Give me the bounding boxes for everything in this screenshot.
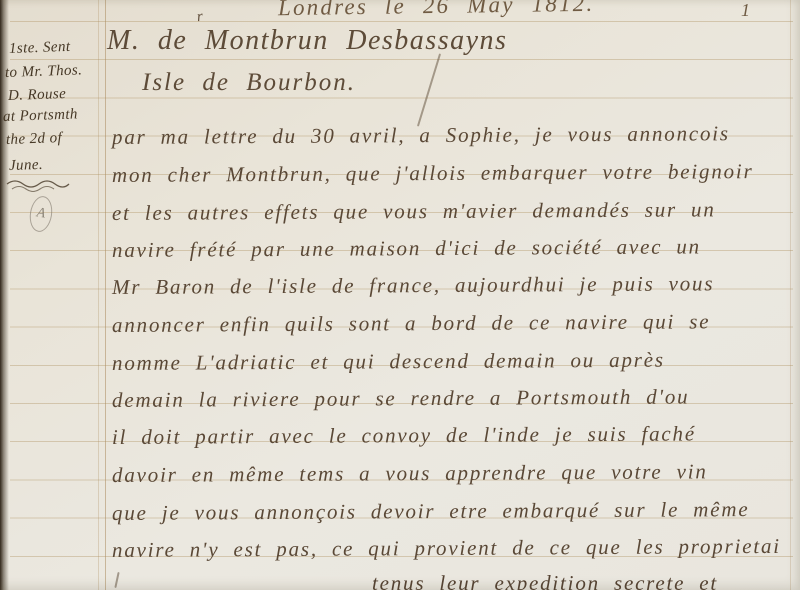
underline-squiggle (6, 180, 72, 192)
body-line: navire n'y est pas, ce qui provient de c… (112, 529, 781, 567)
margin-note-line: at Portsmth (3, 106, 78, 126)
place-line: Isle de Bourbon. (142, 69, 356, 97)
body-line: navire frété par une maison d'ici de soc… (112, 229, 701, 267)
margin-rule-vertical (105, 0, 106, 590)
page-number: 1 (741, 0, 750, 21)
dateline: Londres le 26 May 1812. (278, 0, 595, 21)
body-line: par ma lettre du 30 avril, a Sophie, je … (112, 116, 730, 154)
letterbook-page: Londres le 26 May 1812. 1 r M. de Montbr… (0, 0, 800, 590)
body-line: que je vous annonçois devoir etre embarq… (112, 492, 750, 530)
body-line: annoncer enfin quils sont a bord de ce n… (112, 304, 711, 342)
margin-note-line: June. (9, 157, 44, 175)
body-line: Mr Baron de l'isle de france, aujourdhui… (112, 266, 714, 304)
right-rule-vertical (790, 0, 791, 590)
margin-note-line: D. Rouse (8, 86, 67, 105)
margin-note-line: 1ste. Sent (9, 39, 71, 58)
partial-last-line: tenus leur expedition secrete et (372, 571, 718, 590)
margin-note-line: the 2d of (6, 130, 63, 149)
margin-rule-vertical-faint (98, 0, 99, 590)
body-line: nomme L'adriatic et qui descend demain o… (112, 343, 665, 380)
body-line: davoir en même tems a vous apprendre que… (112, 454, 708, 492)
margin-note-line: to Mr. Thos. (5, 62, 83, 82)
recipient-superscript: r (196, 9, 204, 27)
body-line: il doit partir avec le convoy de l'inde … (112, 416, 696, 454)
recipient-line: M. de Montbrun Desbassayns (107, 25, 507, 57)
body-line: et les autres effets que vous m'avier de… (112, 192, 716, 230)
body-line: demain la riviere pour se rendre a Ports… (112, 379, 690, 417)
body-line: mon cher Montbrun, que j'allois embarque… (112, 154, 754, 192)
